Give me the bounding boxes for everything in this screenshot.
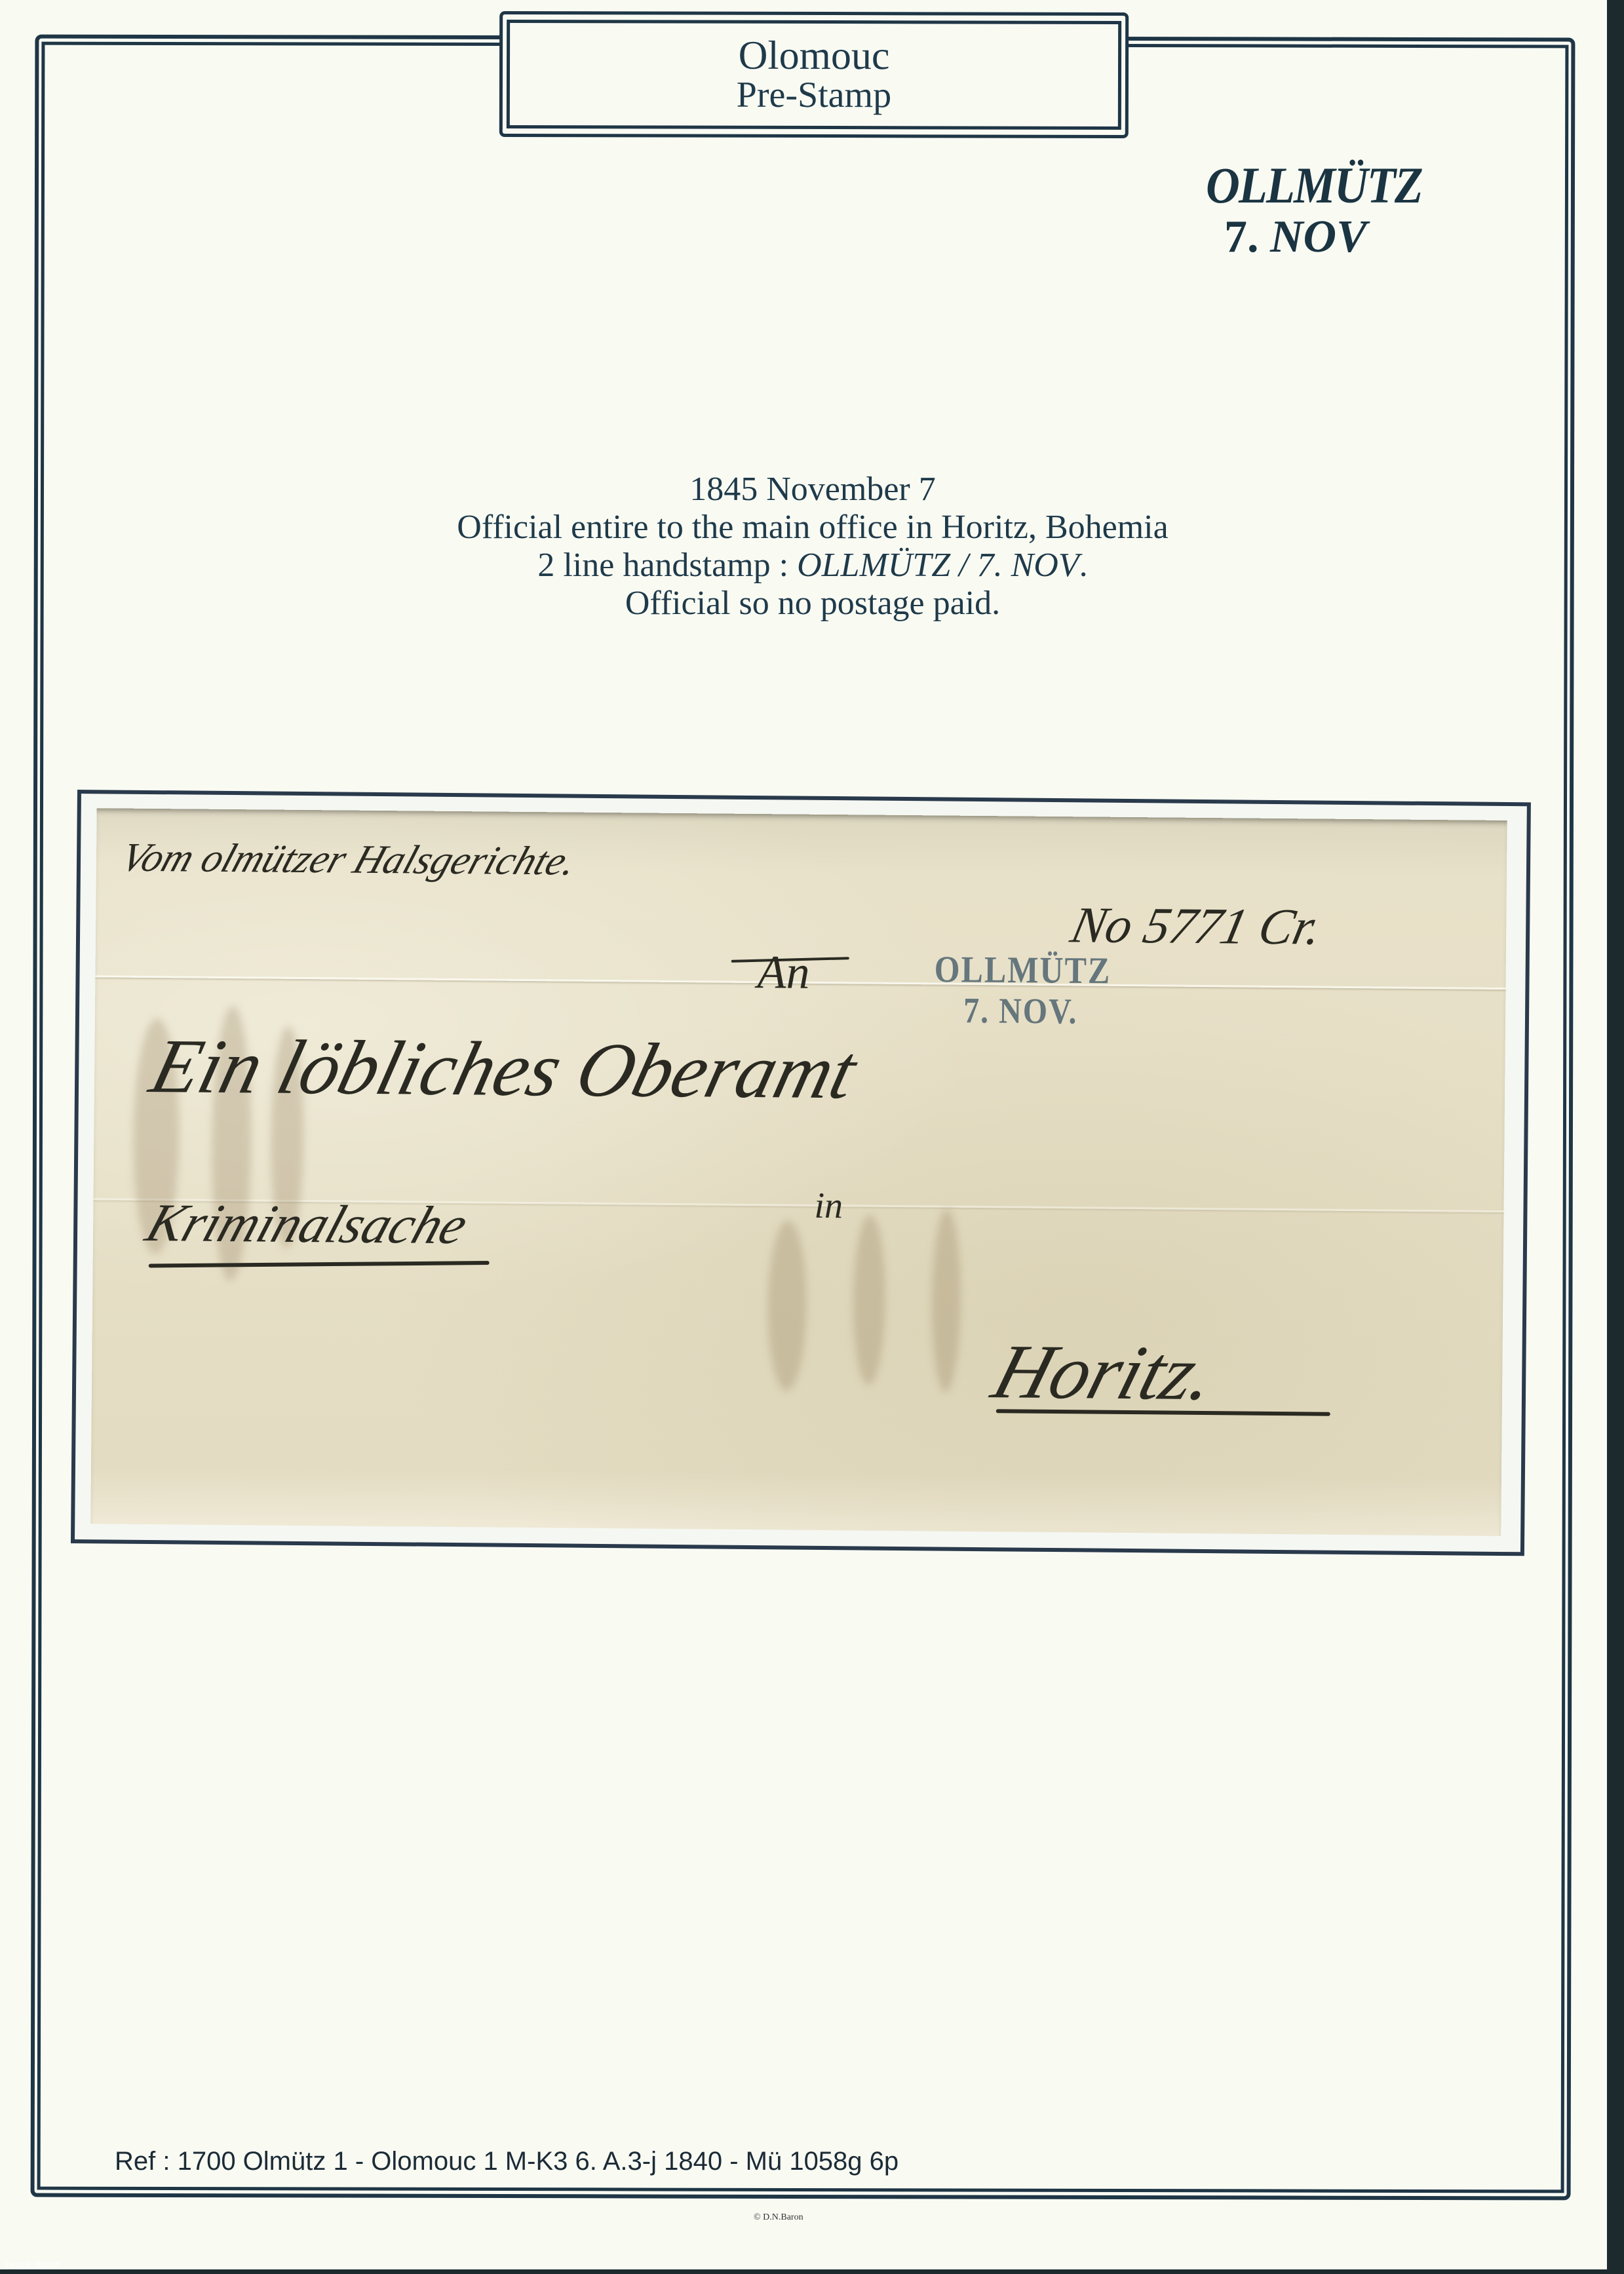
destination: Horitz. bbox=[983, 1327, 1226, 1418]
description-block: 1845 November 7 Official entire to the m… bbox=[262, 471, 1363, 623]
scan-edge-right bbox=[1607, 0, 1624, 2274]
postmark-date: 7. NOV. bbox=[963, 990, 1078, 1033]
subject-underline bbox=[149, 1261, 490, 1268]
reference-number: No 5771 Cr. bbox=[1066, 895, 1327, 956]
handstamp-day: 7. bbox=[1224, 212, 1259, 262]
an-word: An bbox=[757, 945, 810, 1000]
handstamp-month: NOV bbox=[1270, 212, 1367, 262]
handstamp-town: OLLMÜTZ bbox=[1206, 156, 1459, 215]
description-date: 1845 November 7 bbox=[262, 471, 1363, 509]
title-box: Olomouc Pre-Stamp bbox=[499, 11, 1129, 138]
reference-line: Ref : 1700 Olmütz 1 - Olomouc 1 M-K3 6. … bbox=[115, 2147, 899, 2176]
cover-envelope: Vom olmützer Halsgerichte. No 5771 Cr. A… bbox=[90, 808, 1507, 1536]
scan-edge-bottom bbox=[0, 2269, 1624, 2274]
description-line-3: 2 line handstamp : OLLMÜTZ / 7. NOV. bbox=[262, 547, 1363, 585]
ink-bleed-stain bbox=[767, 1220, 807, 1391]
in-word: in bbox=[814, 1185, 843, 1227]
page-subtitle: Pre-Stamp bbox=[737, 76, 892, 114]
description-handstamp-text: OLLMÜTZ / 7. NOV bbox=[797, 547, 1079, 584]
subject-note: Kriminalsache bbox=[139, 1192, 476, 1256]
watermark: Derek Baron bbox=[5, 2260, 60, 2271]
sender-note: Vom olmützer Halsgerichte. bbox=[115, 835, 583, 885]
addressee: Ein löbliches Oberamt bbox=[142, 1022, 865, 1117]
handstamp-illustration: OLLMÜTZ 7. NOV bbox=[1206, 156, 1481, 263]
ink-bleed-stain bbox=[852, 1214, 886, 1385]
postmark-town: OLLMÜTZ bbox=[934, 947, 1111, 992]
page-title: Olomouc bbox=[739, 35, 890, 76]
copyright: © D.N.Baron bbox=[754, 2212, 803, 2223]
handstamp-date: 7. NOV bbox=[1224, 211, 1481, 263]
cover-mount: Vom olmützer Halsgerichte. No 5771 Cr. A… bbox=[71, 790, 1531, 1556]
ink-bleed-stain bbox=[931, 1208, 961, 1392]
description-line-4: Official so no postage paid. bbox=[262, 585, 1363, 623]
description-line-2: Official entire to the main office in Ho… bbox=[262, 509, 1363, 547]
